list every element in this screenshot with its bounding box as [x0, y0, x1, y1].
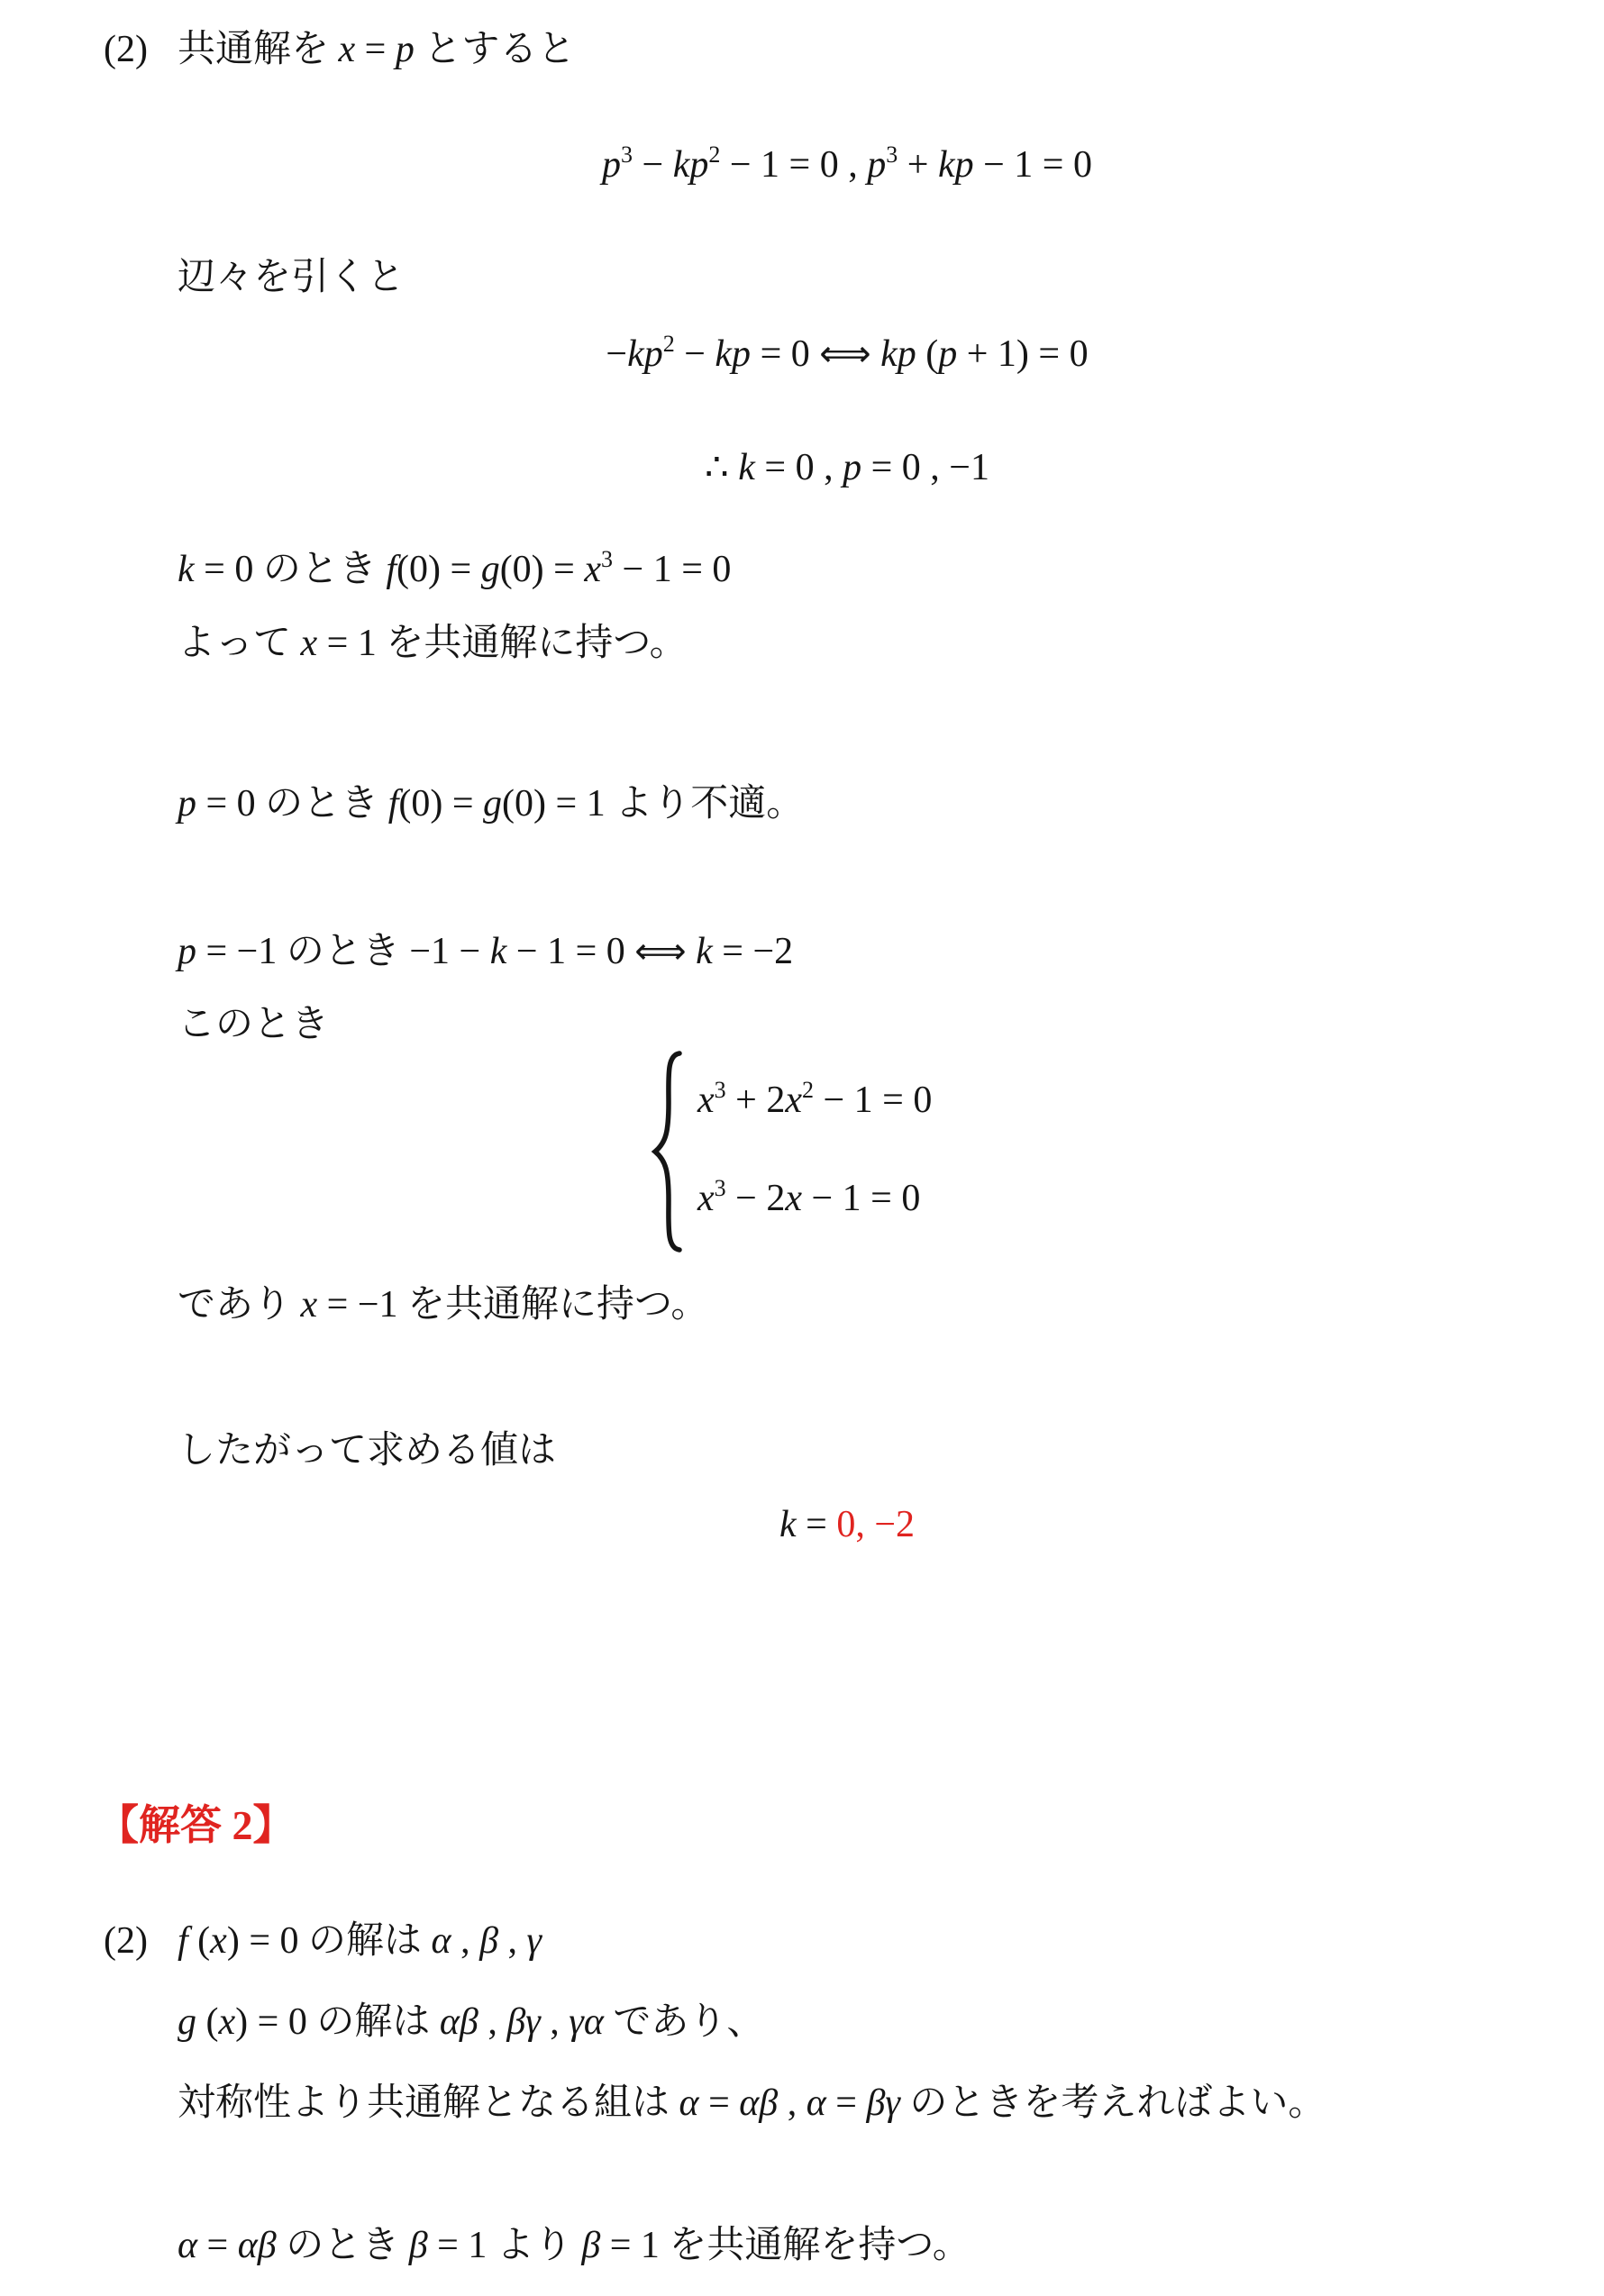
- math-segment: =: [797, 1504, 837, 1545]
- math-segment: であり、: [604, 2001, 765, 2043]
- math-segment: ,: [541, 2001, 570, 2043]
- math-segment: (0) =: [500, 549, 585, 590]
- math-segment: p: [602, 144, 621, 186]
- math-segment: βγ: [506, 2001, 540, 2043]
- line-case-k-equals-0: k = 0 のとき f(0) = g(0) = x3 − 1 = 0: [178, 545, 731, 598]
- math-segment: = 0 ,: [755, 447, 843, 488]
- math-segment: + 1) = 0: [957, 333, 1088, 375]
- cases-equations: x3 + 2x2 − 1 = 0 x3 − 2x − 1 = 0: [697, 1076, 932, 1227]
- math-segment: のときを考えればよい。: [900, 2082, 1326, 2124]
- math-segment: (0) = 1 より不適。: [502, 783, 804, 825]
- math-segment: = 0: [751, 333, 819, 375]
- math-segment: f: [178, 1920, 188, 1962]
- line-konotoki: このとき: [178, 1000, 329, 1049]
- math-segment: = −1 のとき −1 −: [196, 931, 490, 972]
- line-conclusion-label: したがって求める値は: [178, 1426, 556, 1475]
- math-segment: ,: [478, 2001, 507, 2043]
- math-segment: 対称性より共通解となる組は: [178, 2082, 679, 2124]
- math-segment: x: [339, 29, 356, 70]
- math-segment: 3: [715, 1077, 726, 1103]
- line-deari-common-solution: であり x = −1 を共通解に持つ。: [178, 1280, 708, 1329]
- math-segment: x: [697, 1080, 715, 1121]
- math-segment: = 0 のとき: [196, 783, 388, 825]
- math-segment: β: [581, 2225, 600, 2266]
- cases-equation-system: x3 + 2x2 − 1 = 0 x3 − 2x − 1 = 0: [647, 1051, 932, 1253]
- math-segment: 辺々を引くと: [178, 257, 405, 298]
- math-segment: f: [386, 549, 396, 590]
- math-segment: x: [785, 1178, 802, 1219]
- math-segment: f: [388, 783, 399, 825]
- math-segment: kp: [938, 144, 974, 186]
- line-case-k0-result: よって x = 1 を共通解に持つ。: [178, 619, 688, 668]
- math-segment: 2: [663, 331, 675, 357]
- math-segment: α: [679, 2082, 699, 2124]
- math-segment: ,: [778, 2082, 807, 2124]
- line-symmetry-argument: 対称性より共通解となる組は α = αβ , α = βγ のときを考えればよい…: [178, 2079, 1326, 2127]
- math-segment: x: [301, 1284, 318, 1326]
- math-segment: k: [490, 931, 507, 972]
- solution-2-heading: 【解答 2】: [97, 1799, 295, 1852]
- math-segment: =: [197, 2225, 238, 2266]
- math-segment: k: [696, 931, 713, 972]
- math-segment: β: [479, 1920, 498, 1962]
- math-segment: 3: [715, 1175, 726, 1201]
- line-case-p-equals-0: p = 0 のとき f(0) = g(0) = 1 より不適。: [178, 779, 804, 828]
- math-segment: したがって求める値は: [178, 1430, 556, 1471]
- math-segment: k: [178, 549, 195, 590]
- math-segment: [687, 931, 697, 972]
- formula-difference: −kp2 − kp = 0 ⟺ kp (p + 1) = 0: [178, 330, 1517, 383]
- math-segment: x: [219, 2001, 236, 2043]
- math-segment: 2: [708, 141, 720, 168]
- math-segment: =: [826, 2082, 867, 2124]
- math-segment: x: [697, 1178, 715, 1219]
- math-segment: [871, 333, 881, 375]
- math-segment: ⟺: [819, 333, 870, 375]
- math-segment: − 1 = 0 ,: [720, 144, 867, 186]
- math-segment: αβ: [238, 2225, 277, 2266]
- math-segment: ) = 0 の解は: [227, 1920, 432, 1962]
- math-segment: 3: [601, 546, 613, 572]
- math-segment: x: [210, 1920, 227, 1962]
- math-segment: のとき: [277, 2225, 409, 2266]
- item-label-2: (2): [104, 25, 148, 74]
- line-common-solution-intro: 共通解を x = p とすると: [178, 25, 575, 74]
- math-segment: g: [178, 2001, 196, 2043]
- math-segment: kp: [673, 144, 709, 186]
- math-segment: αβ: [739, 2082, 778, 2124]
- math-segment: = 1 を共通解を持つ。: [600, 2225, 971, 2266]
- math-segment: = 0 のとき: [195, 549, 387, 590]
- cases-equation-1: x3 + 2x2 − 1 = 0: [697, 1076, 932, 1129]
- math-segment: kp: [880, 333, 916, 375]
- math-segment: = 1 より: [428, 2225, 582, 2266]
- math-segment: − 2: [726, 1178, 786, 1219]
- math-segment: −: [606, 333, 627, 375]
- left-curly-brace-icon: [647, 1051, 685, 1253]
- math-segment: + 2: [726, 1080, 786, 1121]
- math-segment: x: [584, 549, 601, 590]
- cases-equation-2: x3 − 2x − 1 = 0: [697, 1174, 932, 1227]
- math-segment: であり: [178, 1284, 301, 1326]
- formula-equation-pair: p3 − kp2 − 1 = 0 , p3 + kp − 1 = 0: [178, 141, 1517, 194]
- math-segment: 共通解を: [178, 29, 339, 70]
- formula-therefore: ∴ k = 0 , p = 0 , −1: [178, 443, 1517, 492]
- math-segment: とすると: [415, 29, 576, 70]
- item-label-2-second: (2): [104, 1917, 148, 1965]
- math-segment: k: [779, 1504, 797, 1545]
- math-segment: kp: [715, 333, 751, 375]
- math-segment: − 1 = 0: [974, 144, 1092, 186]
- math-segment: (: [916, 333, 939, 375]
- math-segment: ∴: [705, 447, 738, 488]
- math-segment: kp: [627, 333, 663, 375]
- math-segment: −: [675, 333, 715, 375]
- math-segment: −: [633, 144, 673, 186]
- math-segment: = −2: [713, 931, 793, 972]
- math-segment: γ: [526, 1920, 542, 1962]
- math-segment: このとき: [178, 1004, 329, 1045]
- math-segment: (: [188, 1920, 211, 1962]
- math-segment: p: [938, 333, 957, 375]
- math-segment: p: [867, 144, 886, 186]
- math-segment: =: [355, 29, 396, 70]
- line-case-p-equals-minus-1: p = −1 のとき −1 − k − 1 = 0 ⟺ k = −2: [178, 927, 793, 976]
- math-segment: 2: [802, 1077, 814, 1103]
- math-segment: k: [738, 447, 755, 488]
- math-segment: 0, −2: [836, 1504, 915, 1545]
- math-segment: 3: [886, 141, 898, 168]
- math-segment: =: [699, 2082, 740, 2124]
- math-segment: α: [178, 2225, 197, 2266]
- math-segment: αβ: [440, 2001, 478, 2043]
- math-segment: β: [409, 2225, 428, 2266]
- math-segment: − 1 = 0: [613, 549, 731, 590]
- line-roots-of-f: f (x) = 0 の解は α , β , γ: [178, 1917, 542, 1965]
- formula-final-answer: k = 0, −2: [178, 1500, 1517, 1549]
- math-segment: βγ: [866, 2082, 899, 2124]
- math-segment: p: [178, 931, 196, 972]
- math-segment: ,: [498, 1920, 527, 1962]
- math-segment: − 1 = 0: [802, 1178, 920, 1219]
- math-segment: (0) =: [396, 549, 481, 590]
- math-segment: 3: [621, 141, 633, 168]
- line-roots-of-g: g (x) = 0 の解は αβ , βγ , γα であり、: [178, 1998, 764, 2046]
- math-segment: +: [898, 144, 938, 186]
- math-segment: ⟺: [634, 931, 686, 972]
- math-solution-page: { "page": { "background": "#ffffff", "te…: [0, 0, 1604, 2296]
- math-segment: = −1 を共通解に持つ。: [317, 1284, 708, 1326]
- math-segment: α: [432, 1920, 451, 1962]
- math-segment: − 1 = 0: [506, 931, 634, 972]
- math-segment: p: [843, 447, 861, 488]
- math-segment: (0) =: [398, 783, 483, 825]
- line-subtract-sides: 辺々を引くと: [178, 253, 405, 302]
- math-segment: γα: [569, 2001, 604, 2043]
- math-segment: g: [481, 549, 500, 590]
- math-segment: g: [483, 783, 502, 825]
- math-segment: (: [196, 2001, 219, 2043]
- line-case-alpha-equals-alphabeta: α = αβ のとき β = 1 より β = 1 を共通解を持つ。: [178, 2221, 971, 2270]
- math-segment: ,: [451, 1920, 480, 1962]
- math-segment: − 1 = 0: [814, 1080, 932, 1121]
- math-segment: よって: [178, 623, 301, 664]
- math-segment: p: [396, 29, 415, 70]
- math-segment: = 1 を共通解に持つ。: [317, 623, 688, 664]
- math-segment: α: [807, 2082, 826, 2124]
- math-segment: = 0 , −1: [861, 447, 989, 488]
- math-segment: p: [178, 783, 196, 825]
- math-segment: x: [301, 623, 318, 664]
- math-segment: ) = 0 の解は: [235, 2001, 440, 2043]
- math-segment: x: [785, 1080, 802, 1121]
